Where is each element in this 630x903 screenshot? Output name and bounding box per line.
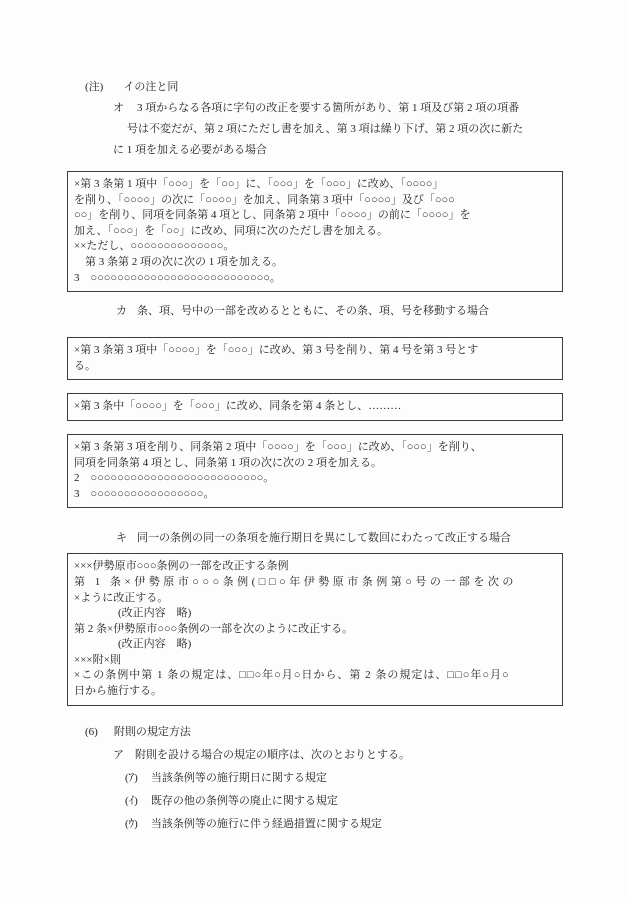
section-6-number: (6) bbox=[85, 726, 98, 738]
example-box-multiple-amendments: ×××伊勢原市○○○条例の一部を改正する条例 第 1 条×伊勢原市○○○条例(□… bbox=[67, 553, 563, 705]
document-page: (注)イの注と同 オ3 項からなる各項に字句の改正を要する箇所があり、第 1 項… bbox=[0, 0, 630, 903]
item-o-label: オ bbox=[113, 102, 124, 114]
heading-ka-label: カ bbox=[116, 305, 127, 317]
box4-line-3: 2 ○○○○○○○○○○○○○○○○○○○○○○○○○○。 bbox=[74, 471, 556, 487]
subitem-3-label: (ｳ) bbox=[125, 818, 138, 830]
section-6: (6)附則の規定方法 ア附則を設ける場合の規定の順序は、次のとおりとする。 (ｱ… bbox=[67, 721, 563, 836]
box5-line-2: 第 1 条×伊勢原市○○○条例(□□○年伊勢原市条例第○号の一部を次の bbox=[74, 575, 556, 591]
example-box-item-move-1: ×第 3 条第 3 項中「○○○○」を「○○○」に改め、第 3 号を削り、第 4… bbox=[67, 337, 563, 380]
subitem-3-text: 当該条例等の施行に伴う経過措置に関する規定 bbox=[151, 818, 382, 830]
example-box-item-move-3: ×第 3 条第 3 項を削り、同条第 2 項中「○○○○」を「○○○」に改め、「… bbox=[67, 434, 563, 508]
item-o-line1: 3 項からなる各項に字句の改正を要する箇所があり、第 1 項及び第 2 項の項番 bbox=[137, 102, 519, 114]
heading-ki-text: 同一の条例の同一の条項を施行期日を異にして数回にわたって改正する場合 bbox=[137, 532, 511, 544]
box1-line-1: ×第 3 条第 1 項中「○○○」を「○○」に、「○○○」を「○○○」に改め、「… bbox=[74, 177, 556, 193]
box4-line-4: 3 ○○○○○○○○○○○○○○○○○。 bbox=[74, 487, 556, 503]
box1-line-6: 第 3 条第 2 項の次に次の 1 項を加える。 bbox=[74, 255, 556, 271]
note-text: イの注と同 bbox=[123, 81, 178, 93]
box1-line-3: ○○」を削り、同項を同条第 4 項とし、同条第 2 項中「○○○○」の前に「○○… bbox=[74, 208, 556, 224]
item-a-label: ア bbox=[113, 749, 124, 761]
note-row: (注)イの注と同 bbox=[67, 77, 563, 98]
subitem-1-text: 当該条例等の施行期日に関する規定 bbox=[151, 772, 327, 784]
section-6-title: 附則の規定方法 bbox=[114, 726, 191, 738]
section-6-item-a: ア附則を設ける場合の規定の順序は、次のとおりとする。 bbox=[67, 744, 563, 767]
item-a-text: 附則を設ける場合の規定の順序は、次のとおりとする。 bbox=[135, 749, 410, 761]
example-box-paragraph-amendment: ×第 3 条第 1 項中「○○○」を「○○」に、「○○○」を「○○○」に改め、「… bbox=[67, 171, 563, 292]
subitem-1-label: (ｱ) bbox=[125, 772, 138, 784]
box5-line-9: 日から施行する。 bbox=[74, 684, 556, 700]
box5-line-3: ×ように改正する。 bbox=[74, 591, 556, 607]
heading-ka-text: 条、項、号中の一部を改めるとともに、その条、項、号を移動する場合 bbox=[137, 305, 489, 317]
item-o-line2: 号は不変だが、第 2 項にただし書を加え、第 3 項は繰り下げ、第 2 項の次に… bbox=[67, 119, 563, 140]
box4-line-1: ×第 3 条第 3 項を削り、同条第 2 項中「○○○○」を「○○○」に改め、「… bbox=[74, 440, 556, 456]
section-6-heading: (6)附則の規定方法 bbox=[67, 721, 563, 744]
box1-line-7: 3 ○○○○○○○○○○○○○○○○○○○○○○○○○○○。 bbox=[74, 271, 556, 287]
example-box-item-move-2: ×第 3 条中「○○○○」を「○○○」に改め、同条を第 4 条とし、……… bbox=[67, 393, 563, 421]
subitem-2-text: 既存の他の条例等の廃止に関する規定 bbox=[151, 795, 338, 807]
box4-line-2: 同項を同条第 4 項とし、同条第 1 項の次に次の 2 項を加える。 bbox=[74, 456, 556, 472]
subitem-2-label: (ｲ) bbox=[125, 795, 138, 807]
section-6-subitem-2: (ｲ)既存の他の条例等の廃止に関する規定 bbox=[67, 790, 563, 813]
box1-line-2: を削り、「○○○○」の次に「○○○○」を加え、同条第 3 項中「○○○○」及び「… bbox=[74, 193, 556, 209]
section-6-subitem-3: (ｳ)当該条例等の施行に伴う経過措置に関する規定 bbox=[67, 813, 563, 836]
item-o-row: オ3 項からなる各項に字句の改正を要する箇所があり、第 1 項及び第 2 項の項… bbox=[67, 98, 563, 119]
box2-line-2: る。 bbox=[74, 359, 556, 375]
box5-line-6: (改正内容 略) bbox=[74, 637, 556, 653]
box5-line-5: 第 2 条×伊勢原市○○○条例の一部を次のように改正する。 bbox=[74, 622, 556, 638]
box5-line-7: ×××附×則 bbox=[74, 653, 556, 669]
section-6-subitem-1: (ｱ)当該条例等の施行期日に関する規定 bbox=[67, 767, 563, 790]
box2-line-1: ×第 3 条第 3 項中「○○○○」を「○○○」に改め、第 3 号を削り、第 4… bbox=[74, 343, 556, 359]
box3-line-1: ×第 3 条中「○○○○」を「○○○」に改め、同条を第 4 条とし、……… bbox=[74, 399, 556, 415]
box1-line-5: ××ただし、○○○○○○○○○○○○○○。 bbox=[74, 239, 556, 255]
heading-ka: カ条、項、号中の一部を改めるとともに、その条、項、号を移動する場合 bbox=[67, 304, 563, 318]
item-o-line3: に 1 項を加える必要がある場合 bbox=[67, 140, 563, 161]
box5-line-4: (改正内容 略) bbox=[74, 606, 556, 622]
box5-line-8: ×この条例中第 1 条の規定は、□□○年○月○日から、第 2 条の規定は、□□○… bbox=[74, 668, 556, 684]
heading-ki-label: キ bbox=[116, 532, 127, 544]
note-label: (注) bbox=[85, 81, 103, 93]
heading-ki: キ同一の条例の同一の条項を施行期日を異にして数回にわたって改正する場合 bbox=[67, 531, 563, 545]
box1-line-4: 加え、「○○○」を「○○」に改め、同項に次のただし書を加える。 bbox=[74, 224, 556, 240]
box5-line-1: ×××伊勢原市○○○条例の一部を改正する条例 bbox=[74, 559, 556, 575]
